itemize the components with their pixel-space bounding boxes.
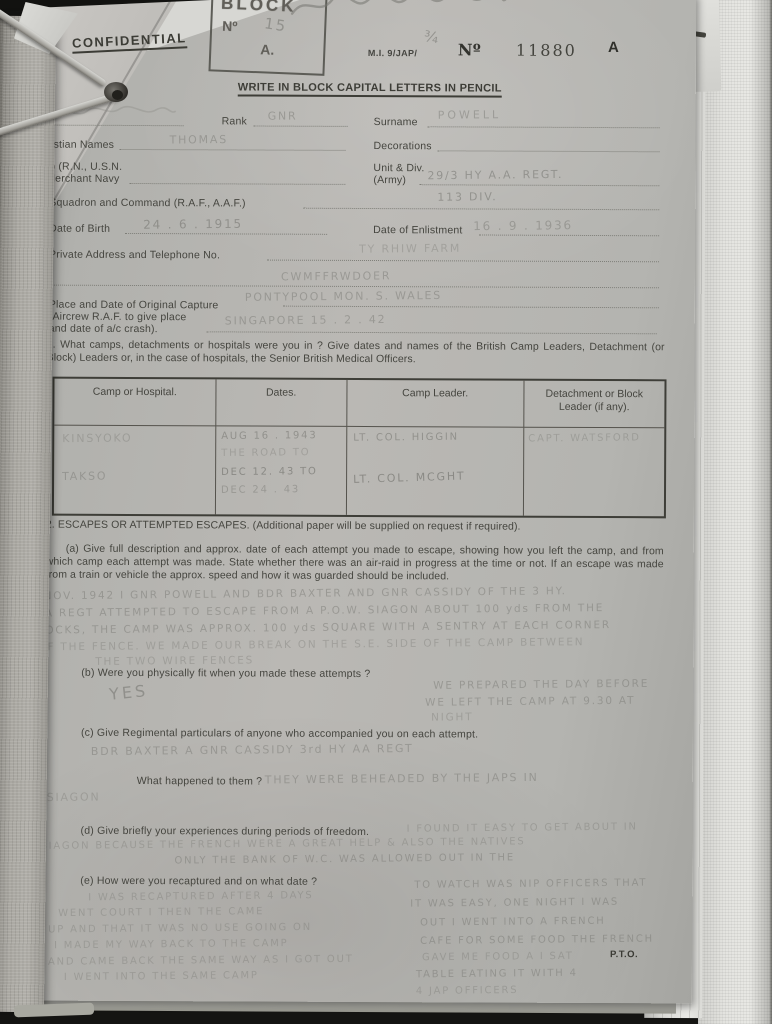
camp-entry: KINSYOKO <box>62 431 132 445</box>
address-value-1: TY RHIW FARM <box>359 242 461 256</box>
field-line <box>303 208 659 211</box>
what-happened-line: SIAGON <box>47 790 101 804</box>
stamp-no-label: Nº <box>222 18 238 35</box>
question-2e-label: (e) How were you recaptured and on what … <box>80 875 317 888</box>
capture-value-2: SINGAPORE 15 . 2 . 42 <box>225 313 387 328</box>
dates-entry: THE ROAD TO <box>221 447 310 459</box>
recapture-line: I WENT INTO THE SAME CAMP <box>64 970 259 983</box>
camp-entry: TAKSO <box>62 470 107 483</box>
rank-value: GNR <box>268 109 298 122</box>
capture-label-1: Place and Date of Original Capture <box>49 299 219 312</box>
escape-note-line: WE LEFT THE CAMP AT 9.30 AT <box>425 695 635 709</box>
address-value-2: CWMFFRWDOER <box>281 269 391 283</box>
field-line <box>267 260 659 263</box>
field-line <box>49 285 659 289</box>
cell-camps: KINSYOKO TAKSO <box>54 426 216 515</box>
ref-dept-label: M.I. 9/JAP/ <box>368 48 417 58</box>
capture-label-3: and date of a/c crash). <box>49 323 158 335</box>
question-2c-label: (c) Give Regimental particulars of anyon… <box>81 727 478 741</box>
book-canvas-edge <box>698 0 772 1024</box>
ref-suffix: A <box>608 39 619 56</box>
dates-entry: DEC 24 . 43 <box>221 484 300 496</box>
capture-label-2: (Aircrew R.A.F. to give place <box>49 311 187 324</box>
field-line <box>428 126 660 128</box>
recapture-line: I WAS RECAPTURED AFTER 4 DAYS <box>88 890 313 903</box>
col-header-camp: Camp or Hospital. <box>54 379 216 427</box>
question-1-text: 1. What camps, detachments or hospitals … <box>47 339 665 368</box>
christian-names-value: THOMAS <box>169 133 228 147</box>
squadron-label: Squadron and Command (R.A.F., A.A.F.) <box>49 197 246 210</box>
stamp-number-handwritten: 15 <box>263 14 288 35</box>
recapture-line: TO WATCH WAS NIP OFFICERS THAT <box>414 878 647 891</box>
question-2-heading: 2. ESCAPES OR ATTEMPTED ESCAPES. (Additi… <box>46 519 664 535</box>
camp-table-header-row: Camp or Hospital. Dates. Camp Leader. De… <box>54 379 664 429</box>
escape-answer-line: AA REGT ATTEMPTED TO ESCAPE FROM A P.O.W… <box>35 602 604 619</box>
unit-div-label-1: Unit & Div. <box>373 162 424 174</box>
enlistment-value: 16 . 9 . 1936 <box>473 218 573 233</box>
string-hole <box>112 90 123 100</box>
date-of-birth-value: 24 . 6 . 1915 <box>143 217 243 232</box>
field-line <box>120 149 346 151</box>
what-happened-label: What happened to them ? <box>137 775 262 788</box>
escape-answer-line: DOCKS, THE CAMP WAS APPROX. 100 yds SQUA… <box>35 619 611 637</box>
question-2b-label: (b) Were you physically fit when you mad… <box>81 667 370 680</box>
surname-label: Surname <box>374 116 418 128</box>
stamp-letter: A. <box>211 39 324 59</box>
col-header-dates: Dates. <box>216 379 347 427</box>
fit-answer: YES <box>108 681 149 704</box>
what-happened-line: THEY WERE BEHEADED BY THE JAPS IN <box>265 771 539 787</box>
escape-answer-line: THE TWO WIRE FENCES <box>95 654 254 668</box>
block-leader-entry: CAPT. WATSFORD <box>528 432 641 444</box>
rank-label: Rank <box>222 115 247 127</box>
enlistment-label: Date of Enlistment <box>373 224 462 236</box>
field-line <box>254 126 348 127</box>
field-line <box>283 306 659 309</box>
dates-entry: DEC 12. 43 TO <box>221 466 318 478</box>
field-line <box>419 184 659 186</box>
col-header-leader: Camp Leader. <box>347 380 524 428</box>
recapture-line: AND CAME BACK THE SAME WAY AS I GOT OUT <box>48 954 354 968</box>
leader-entry: LT. COL. MCGHT <box>353 469 466 485</box>
question-2a-text: (a) Give full description and approx. da… <box>46 543 664 585</box>
leader-entry: LT. COL. HIGGIN <box>353 432 459 444</box>
unit-div-value-2: 113 DIV. <box>437 190 497 204</box>
companions-answer: BDR BAXTER A GNR CASSIDY 3rd HY AA REGT <box>91 742 414 758</box>
cell-block-leaders: CAPT. WATSFORD <box>524 428 665 517</box>
question-2d-label: (d) Give briefly your experiences during… <box>81 825 370 838</box>
escape-note-line: WE PREPARED THE DAY BEFORE <box>433 678 649 692</box>
field-line <box>438 150 660 152</box>
recapture-line: UP AND THAT IT WAS NO USE GOING ON <box>48 922 312 936</box>
cell-dates: AUG 16 . 1943 THE ROAD TO DEC 12. 43 TO … <box>216 426 348 515</box>
col-header-block-leader: Detachment or Block Leader (if any). <box>524 381 665 429</box>
recapture-line: TABLE EATING IT WITH 4 <box>416 968 578 981</box>
decorations-label: Decorations <box>374 140 432 152</box>
pto-label: P.T.O. <box>610 949 638 960</box>
recapture-line: CAFE FOR SOME FOOD THE FRENCH <box>420 934 654 947</box>
instruction-heading: WRITE IN BLOCK CAPITAL LETTERS IN PENCIL <box>238 81 502 97</box>
escape-answer-line: NOV. 1942 I GNR POWELL AND BDR BAXTER AN… <box>44 585 567 602</box>
camp-table: Camp or Hospital. Dates. Camp Leader. De… <box>52 377 667 519</box>
fraction-mark-handwritten: ¾ <box>423 27 442 47</box>
form-page: CONFIDENTIAL BLOCK Nº 15 A. ¾ M.I. 9/JAP… <box>34 0 696 1003</box>
unit-div-label-2: (Army) <box>373 174 406 186</box>
recapture-line: GAVE ME FOOD A I SAT <box>422 951 574 963</box>
field-line <box>207 331 657 334</box>
date-of-birth-label: Date of Birth <box>49 223 110 235</box>
page-corner-fragment <box>14 1003 94 1018</box>
escape-note-line: NIGHT <box>431 711 474 723</box>
freedom-line: ONLY THE BANK OF W.C. WAS ALLOWED OUT IN… <box>174 852 515 866</box>
stamp-word: BLOCK <box>221 0 297 17</box>
field-line <box>129 183 345 185</box>
recapture-line: I MADE MY WAY BACK TO THE CAMP <box>54 938 289 951</box>
cell-leaders: LT. COL. HIGGIN LT. COL. MCGHT <box>347 427 524 516</box>
surname-value: POWELL <box>438 108 501 122</box>
recapture-line: OUT I WENT INTO A FRENCH <box>420 916 605 929</box>
unit-div-value-1: 29/3 HY A.A. REGT. <box>427 168 563 182</box>
escape-answer-line: OF THE FENCE. WE MADE OUR BREAK ON THE S… <box>37 636 584 653</box>
recapture-line: 4 JAP OFFICERS <box>416 985 519 997</box>
field-line <box>479 234 659 236</box>
capture-value-1: PONTYPOOL MON. S. WALES <box>245 289 442 304</box>
field-line <box>125 233 327 235</box>
handwriting-scrawl-icon <box>288 0 508 23</box>
address-label: Private Address and Telephone No. <box>49 249 220 262</box>
recapture-line: WENT COURT I THEN THE CAME <box>58 906 264 919</box>
ref-number: 11880 <box>516 41 577 60</box>
freedom-line: SIAGON BECAUSE THE FRENCH WERE A GREAT H… <box>40 836 525 852</box>
freedom-line: I FOUND IT EASY TO GET ABOUT IN <box>407 822 638 835</box>
dates-entry: AUG 16 . 1943 <box>221 430 317 442</box>
ref-no-label: Nº <box>458 40 481 59</box>
camp-table-body-row: KINSYOKO TAKSO AUG 16 . 1943 THE ROAD TO… <box>54 426 664 517</box>
recapture-line: IT WAS EASY, ONE NIGHT I WAS <box>410 897 619 910</box>
